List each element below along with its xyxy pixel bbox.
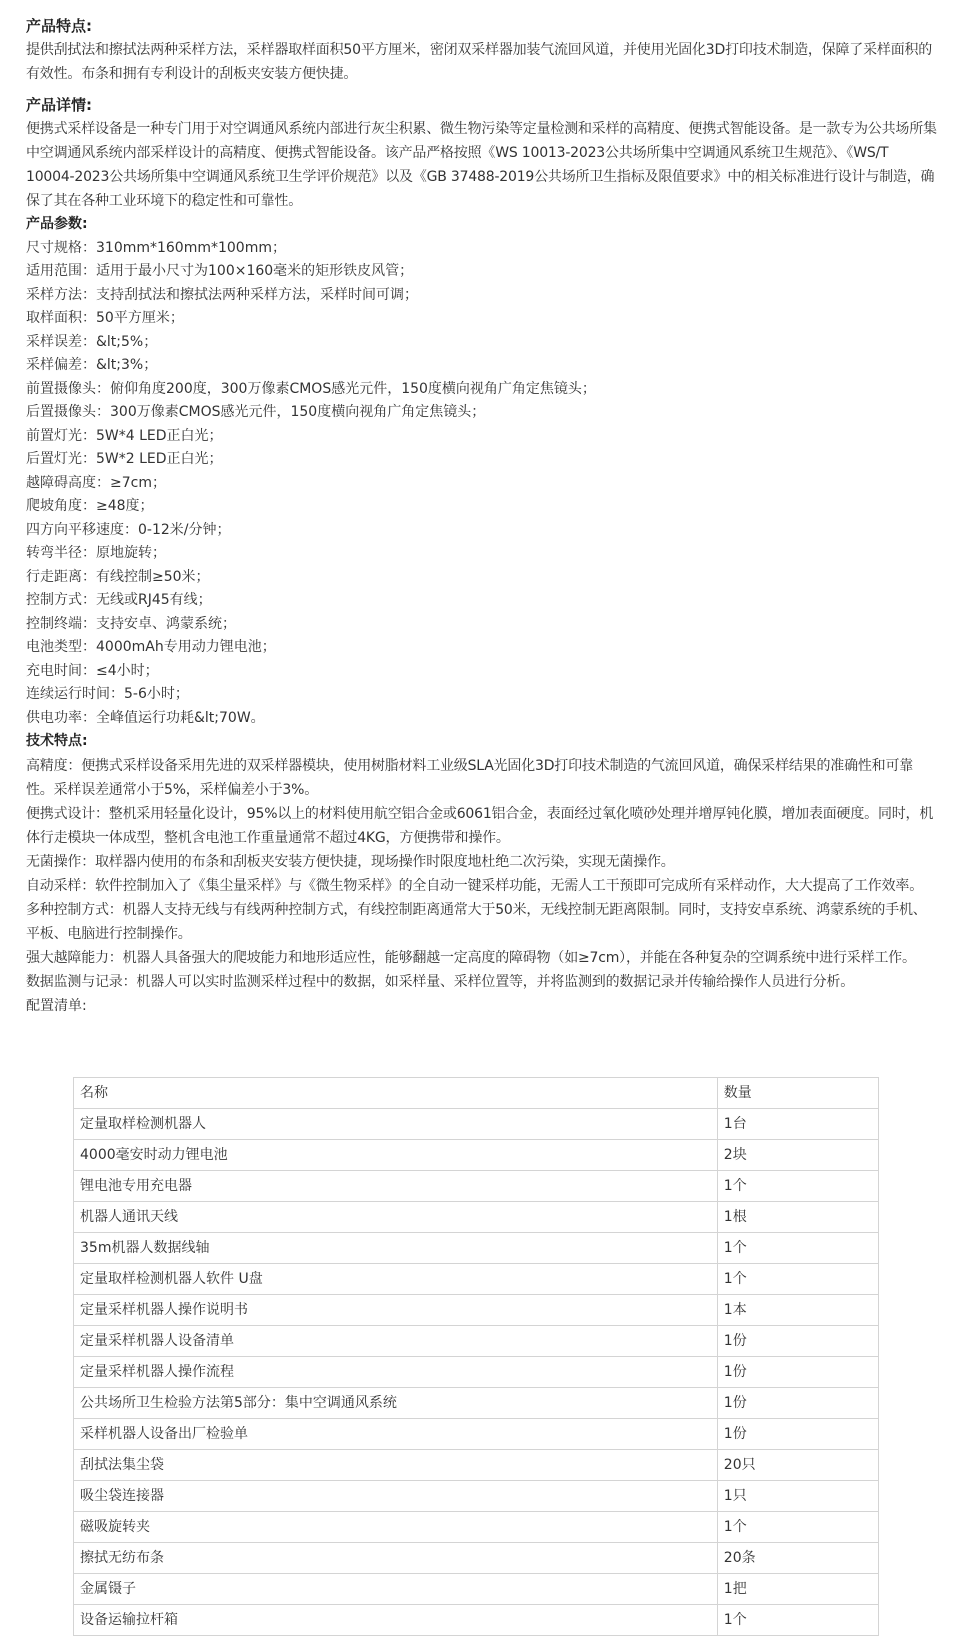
item-name: 定量采样机器人操作说明书: [74, 1295, 718, 1326]
item-quantity: 1把: [717, 1574, 878, 1605]
param-item: 行走距离：有线控制≥50米；: [26, 566, 940, 590]
item-quantity: 1个: [717, 1512, 878, 1543]
table-row: 磁吸旋转夹 1个: [74, 1512, 879, 1543]
param-item: 控制方式：无线或RJ45有线；: [26, 589, 940, 613]
item-quantity: 1份: [717, 1419, 878, 1450]
item-quantity: 1份: [717, 1388, 878, 1419]
table-row: 定量取样检测机器人 1台: [74, 1109, 879, 1140]
param-item: 后置摄像头：300万像素CMOS感光元件，150度横向视角广角定焦镜头；: [26, 401, 940, 425]
tech-title: 技术特点:: [26, 730, 940, 754]
item-name: 定量采样机器人设备清单: [74, 1326, 718, 1357]
tech-item: 自动采样：软件控制加入了《集尘量采样》与《微生物采样》的全自动一键采样功能，无需…: [26, 874, 940, 898]
table-row: 锂电池专用充电器 1个: [74, 1171, 879, 1202]
tech-item: 强大越障能力：机器人具备强大的爬坡能力和地形适应性，能够翻越一定高度的障碍物（如…: [26, 946, 940, 970]
param-item: 控制终端：支持安卓、鸿蒙系统；: [26, 613, 940, 637]
table-row: 定量采样机器人操作说明书 1本: [74, 1295, 879, 1326]
param-item: 取样面积：50平方厘米；: [26, 307, 940, 331]
tech-item: 数据监测与记录：机器人可以实时监测采样过程中的数据，如采样量、采样位置等，并将监…: [26, 970, 940, 994]
param-item: 采样误差：&lt;5%；: [26, 331, 940, 355]
table-row: 公共场所卫生检验方法第5部分：集中空调通风系统 1份: [74, 1388, 879, 1419]
item-name: 公共场所卫生检验方法第5部分：集中空调通风系统: [74, 1388, 718, 1419]
table-row: 吸尘袋连接器 1只: [74, 1481, 879, 1512]
item-name: 磁吸旋转夹: [74, 1512, 718, 1543]
item-quantity: 1个: [717, 1171, 878, 1202]
tech-list: 高精度：便携式采样设备采用先进的双采样器模块，使用树脂材料工业级SLA光固化3D…: [26, 754, 940, 994]
tech-item: 多种控制方式：机器人支持无线与有线两种控制方式，有线控制距离通常大于50米，无线…: [26, 898, 940, 946]
param-item: 电池类型：4000mAh专用动力锂电池；: [26, 636, 940, 660]
table-row: 设备运输拉杆箱 1个: [74, 1605, 879, 1636]
item-quantity: 1只: [717, 1481, 878, 1512]
param-item: 前置灯光：5W*4 LED正白光；: [26, 425, 940, 449]
param-item: 采样偏差：&lt;3%；: [26, 354, 940, 378]
item-quantity: 20条: [717, 1543, 878, 1574]
details-text: 便携式采样设备是一种专门用于对空调通风系统内部进行灰尘积累、微生物污染等定量检测…: [26, 117, 940, 213]
item-name: 定量取样检测机器人: [74, 1109, 718, 1140]
table-row: 机器人通讯天线 1根: [74, 1202, 879, 1233]
item-quantity: 1个: [717, 1605, 878, 1636]
config-table: 名称 数量 定量取样检测机器人 1台 4000毫安时动力锂电池 2块 锂电池专用…: [73, 1077, 879, 1636]
item-quantity: 1份: [717, 1326, 878, 1357]
features-text: 提供刮拭法和擦拭法两种采样方法，采样器取样面积50平方厘米，密闭双采样器加装气流…: [26, 38, 940, 86]
table-header-row: 名称 数量: [74, 1078, 879, 1109]
param-item: 充电时间：≤4小时；: [26, 660, 940, 684]
item-name: 定量取样检测机器人软件 U盘: [74, 1264, 718, 1295]
item-name: 机器人通讯天线: [74, 1202, 718, 1233]
header-name: 名称: [74, 1078, 718, 1109]
item-quantity: 1台: [717, 1109, 878, 1140]
item-quantity: 1本: [717, 1295, 878, 1326]
item-name: 采样机器人设备出厂检验单: [74, 1419, 718, 1450]
item-quantity: 1个: [717, 1264, 878, 1295]
table-row: 定量采样机器人设备清单 1份: [74, 1326, 879, 1357]
header-quantity: 数量: [717, 1078, 878, 1109]
param-item: 尺寸规格：310mm*160mm*100mm；: [26, 237, 940, 261]
param-item: 连续运行时间：5-6小时；: [26, 683, 940, 707]
param-item: 采样方法：支持刮拭法和擦拭法两种采样方法，采样时间可调；: [26, 284, 940, 308]
item-quantity: 20只: [717, 1450, 878, 1481]
table-row: 金属镊子 1把: [74, 1574, 879, 1605]
table-row: 采样机器人设备出厂检验单 1份: [74, 1419, 879, 1450]
param-item: 供电功率：全峰值运行功耗&lt;70W。: [26, 707, 940, 731]
item-quantity: 1个: [717, 1233, 878, 1264]
item-name: 擦拭无纺布条: [74, 1543, 718, 1574]
item-name: 35m机器人数据线轴: [74, 1233, 718, 1264]
table-row: 4000毫安时动力锂电池 2块: [74, 1140, 879, 1171]
item-quantity: 2块: [717, 1140, 878, 1171]
param-item: 爬坡角度：≥48度；: [26, 495, 940, 519]
tech-item: 便携式设计：整机采用轻量化设计，95%以上的材料使用航空铝合金或6061铝合金，…: [26, 802, 940, 850]
details-title: 产品详情:: [26, 93, 940, 117]
table-row: 定量采样机器人操作流程 1份: [74, 1357, 879, 1388]
item-name: 刮拭法集尘袋: [74, 1450, 718, 1481]
params-title: 产品参数:: [26, 213, 940, 237]
params-list: 尺寸规格：310mm*160mm*100mm； 适用范围：适用于最小尺寸为100…: [26, 237, 940, 731]
item-name: 金属镊子: [74, 1574, 718, 1605]
tech-item: 高精度：便携式采样设备采用先进的双采样器模块，使用树脂材料工业级SLA光固化3D…: [26, 754, 940, 802]
features-title: 产品特点:: [26, 14, 940, 38]
table-row: 擦拭无纺布条 20条: [74, 1543, 879, 1574]
item-name: 设备运输拉杆箱: [74, 1605, 718, 1636]
product-description: 产品特点: 提供刮拭法和擦拭法两种采样方法，采样器取样面积50平方厘米，密闭双采…: [0, 0, 966, 1018]
param-item: 后置灯光：5W*2 LED正白光；: [26, 448, 940, 472]
param-item: 越障碍高度：≥7cm；: [26, 472, 940, 496]
config-label: 配置清单:: [26, 994, 940, 1018]
tech-item: 无菌操作：取样器内使用的布条和刮板夹安装方便快捷，现场操作时限度地杜绝二次污染，…: [26, 850, 940, 874]
param-item: 适用范围：适用于最小尺寸为100×160毫米的矩形铁皮风管；: [26, 260, 940, 284]
param-item: 前置摄像头：俯仰角度200度，300万像素CMOS感光元件，150度横向视角广角…: [26, 378, 940, 402]
param-item: 转弯半径：原地旋转；: [26, 542, 940, 566]
item-name: 吸尘袋连接器: [74, 1481, 718, 1512]
item-name: 4000毫安时动力锂电池: [74, 1140, 718, 1171]
item-quantity: 1根: [717, 1202, 878, 1233]
item-name: 锂电池专用充电器: [74, 1171, 718, 1202]
table-row: 定量取样检测机器人软件 U盘 1个: [74, 1264, 879, 1295]
table-row: 35m机器人数据线轴 1个: [74, 1233, 879, 1264]
item-quantity: 1份: [717, 1357, 878, 1388]
table-row: 刮拭法集尘袋 20只: [74, 1450, 879, 1481]
item-name: 定量采样机器人操作流程: [74, 1357, 718, 1388]
param-item: 四方向平移速度：0-12米/分钟；: [26, 519, 940, 543]
